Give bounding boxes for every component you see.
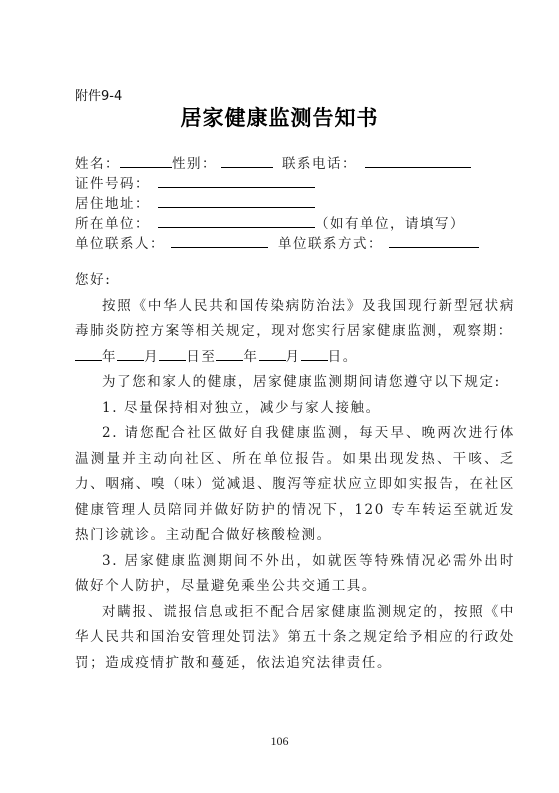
form-row-employer-contact: 单位联系人： 单位联系方式：	[75, 233, 495, 253]
form-row-employer: 所在单位： （如有单位，请填写）	[75, 213, 495, 233]
rule-1: 1. 尽量保持相对独立，减少与家人接触。	[75, 396, 515, 422]
phone-field[interactable]	[365, 153, 471, 168]
end-day-field[interactable]	[301, 346, 328, 361]
observation-period: 年 月 日至 年 月 日。	[75, 345, 515, 371]
gender-field[interactable]	[221, 153, 273, 168]
form-row-address: 居住地址：	[75, 193, 495, 213]
rules-intro: 为了您和家人的健康，居家健康监测期间请您遵守以下规定:	[75, 370, 515, 396]
start-month-field[interactable]	[117, 346, 144, 361]
penalty-paragraph: 对瞒报、谎报信息或拒不配合居家健康监测规定的，按照《中华人民共和国治安管理处罚法…	[75, 600, 515, 677]
phone-label: 联系电话：	[282, 154, 357, 174]
address-field[interactable]	[158, 193, 315, 208]
letter-body: 您好: 按照《中华人民共和国传染病防治法》及我国现行新型冠状病毒肺炎防控方案等相…	[75, 268, 515, 676]
name-label: 姓名：	[75, 154, 120, 174]
start-day-field[interactable]	[159, 346, 186, 361]
rule-3: 3. 居家健康监测期间不外出，如就医等特殊情况必需外出时做好个人防护，尽量避免乘…	[75, 549, 515, 600]
intro-paragraph: 按照《中华人民共和国传染病防治法》及我国现行新型冠状病毒肺炎防控方案等相关规定，…	[75, 294, 515, 345]
name-field[interactable]	[120, 153, 172, 168]
date-part: 日。	[328, 345, 358, 371]
document-title: 居家健康监测告知书	[0, 102, 559, 132]
employer-contact-label: 单位联系人：	[75, 234, 165, 254]
employer-label: 所在单位：	[75, 214, 150, 234]
form-row-name: 姓名： 性别： 联系电话：	[75, 153, 495, 173]
employer-contact-method-field[interactable]	[389, 233, 479, 248]
date-part: 月	[144, 345, 159, 371]
gender-label: 性别：	[172, 154, 217, 174]
start-year-field[interactable]	[75, 346, 102, 361]
rule-2: 2. 请您配合社区做好自我健康监测，每天早、晚两次进行体温测量并主动向社区、所在…	[75, 421, 515, 549]
end-month-field[interactable]	[259, 346, 286, 361]
date-part: 年	[102, 345, 117, 371]
date-part: 年	[243, 345, 258, 371]
employer-field[interactable]	[158, 213, 315, 228]
date-part: 月	[286, 345, 301, 371]
page-number: 106	[0, 734, 559, 749]
document-page: 附件9-4 居家健康监测告知书 姓名： 性别： 联系电话： 证件号码： 居住地址…	[0, 0, 559, 793]
form-row-id: 证件号码：	[75, 173, 495, 193]
address-label: 居住地址：	[75, 194, 150, 214]
employer-note: （如有单位，请填写）	[315, 214, 465, 234]
greeting: 您好:	[75, 268, 515, 294]
employer-contact-method-label: 单位联系方式：	[278, 234, 383, 254]
employer-contact-field[interactable]	[171, 233, 268, 248]
id-label: 证件号码：	[75, 174, 150, 194]
id-field[interactable]	[158, 173, 315, 188]
end-year-field[interactable]	[216, 346, 243, 361]
info-form: 姓名： 性别： 联系电话： 证件号码： 居住地址： 所在单位： （如有单位，请填…	[75, 153, 495, 253]
date-part: 日至	[186, 345, 216, 371]
